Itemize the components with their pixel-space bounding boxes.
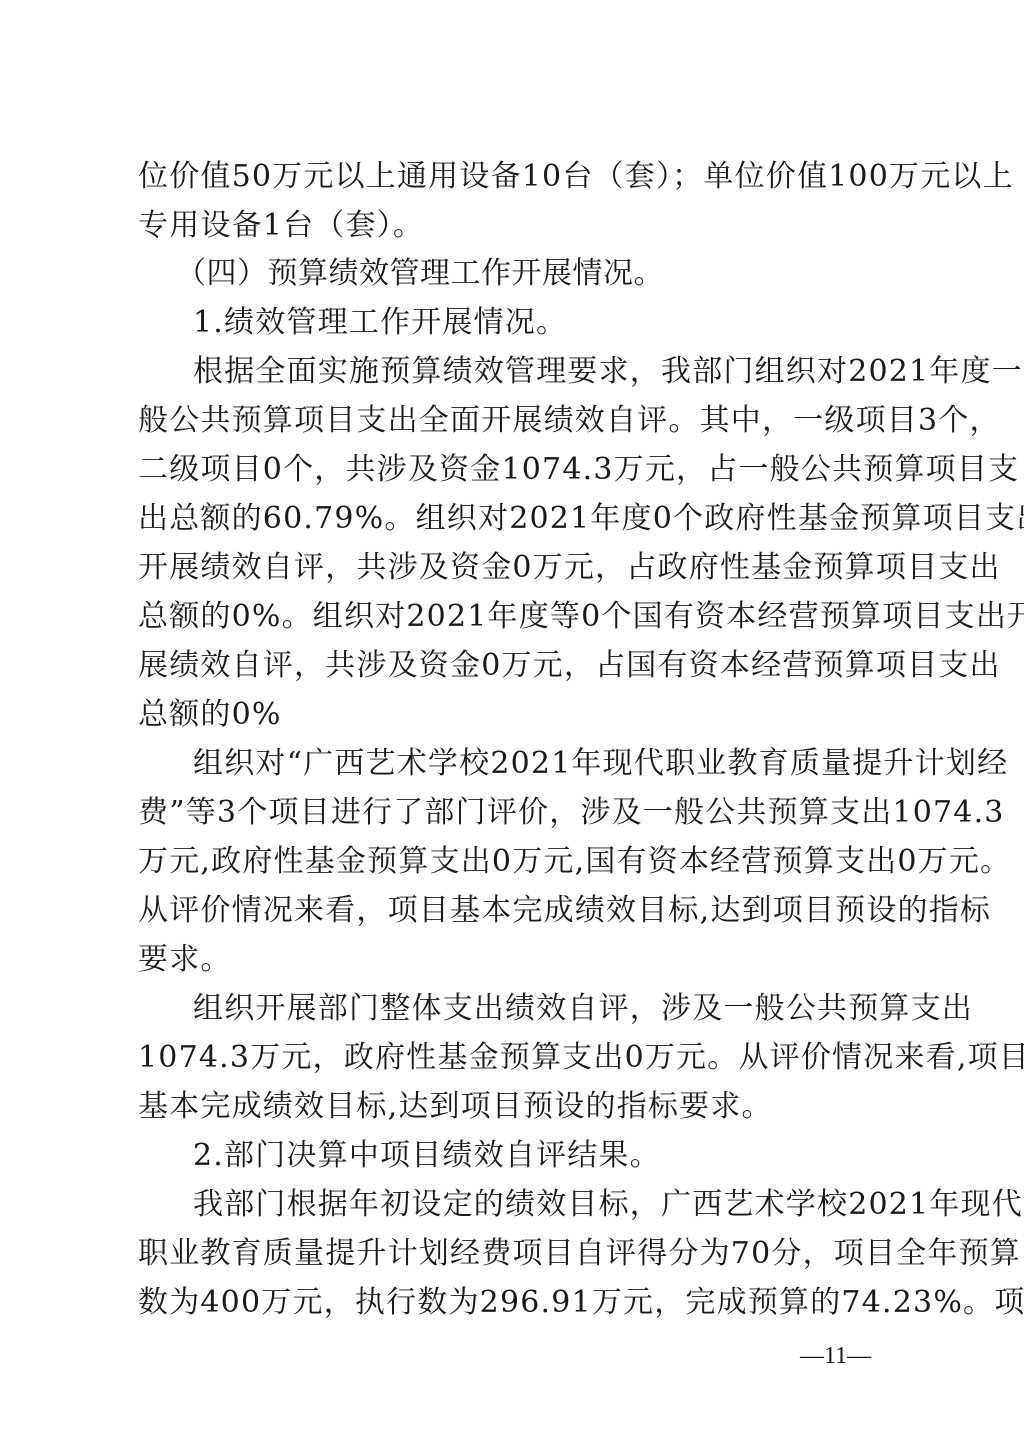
body-text-line: 展绩效自评，共涉及资金0万元，占国有资本经营预算项目支出	[138, 646, 900, 686]
body-text-line: 从评价情况来看，项目基本完成绩效目标,达到项目预设的指标	[138, 891, 900, 931]
body-text-line: 费”等3个项目进行了部门评价，涉及一般公共预算支出1074.3	[138, 793, 900, 833]
subsection-heading: 1.绩效管理工作开展情况。	[193, 303, 900, 343]
body-text-line: 组织开展部门整体支出绩效自评，涉及一般公共预算支出	[193, 989, 900, 1029]
body-text-line: 专用设备1台（套）。	[138, 206, 900, 246]
body-text-line: 基本完成绩效目标,达到项目预设的指标要求。	[138, 1087, 900, 1127]
body-text-line: 组织对“广西艺术学校2021年现代职业教育质量提升计划经	[193, 744, 900, 784]
body-text-line: 总额的0%	[138, 695, 900, 735]
body-text-line: 要求。	[138, 940, 900, 980]
body-text-line: 职业教育质量提升计划经费项目自评得分为70分，项目全年预算	[138, 1234, 900, 1274]
body-text-line: 数为400万元，执行数为296.91万元，完成预算的74.23%。项目	[138, 1283, 900, 1323]
body-text-line: 我部门根据年初设定的绩效目标，广西艺术学校2021年现代	[193, 1185, 900, 1225]
subsection-heading: 2.部门决算中项目绩效自评结果。	[193, 1136, 900, 1176]
body-text-line: 开展绩效自评，共涉及资金0万元，占政府性基金预算项目支出	[138, 548, 900, 588]
body-text-line: 二级项目0个，共涉及资金1074.3万元，占一般公共预算项目支	[138, 450, 900, 490]
page-number: —11—	[800, 1343, 871, 1370]
body-text-line: 万元,政府性基金预算支出0万元,国有资本经营预算支出0万元。	[138, 842, 900, 882]
document-page: 位价值50万元以上通用设备10台（套）；单位价值100万元以上 专用设备1台（套…	[0, 0, 1024, 1448]
body-text-line: 根据全面实施预算绩效管理要求，我部门组织对2021年度一	[193, 352, 900, 392]
body-text-line: 般公共预算项目支出全面开展绩效自评。其中，一级项目3个，	[138, 401, 900, 441]
body-text-line: 出总额的60.79%。组织对2021年度0个政府性基金预算项目支出	[138, 499, 900, 539]
body-text-line: 位价值50万元以上通用设备10台（套）；单位价值100万元以上	[138, 157, 900, 197]
section-heading: （四）预算绩效管理工作开展情况。	[176, 254, 664, 294]
body-text-line: 总额的0%。组织对2021年度等0个国有资本经营预算项目支出开	[138, 597, 900, 637]
body-text-line: 1074.3万元，政府性基金预算支出0万元。从评价情况来看,项目	[138, 1038, 900, 1078]
